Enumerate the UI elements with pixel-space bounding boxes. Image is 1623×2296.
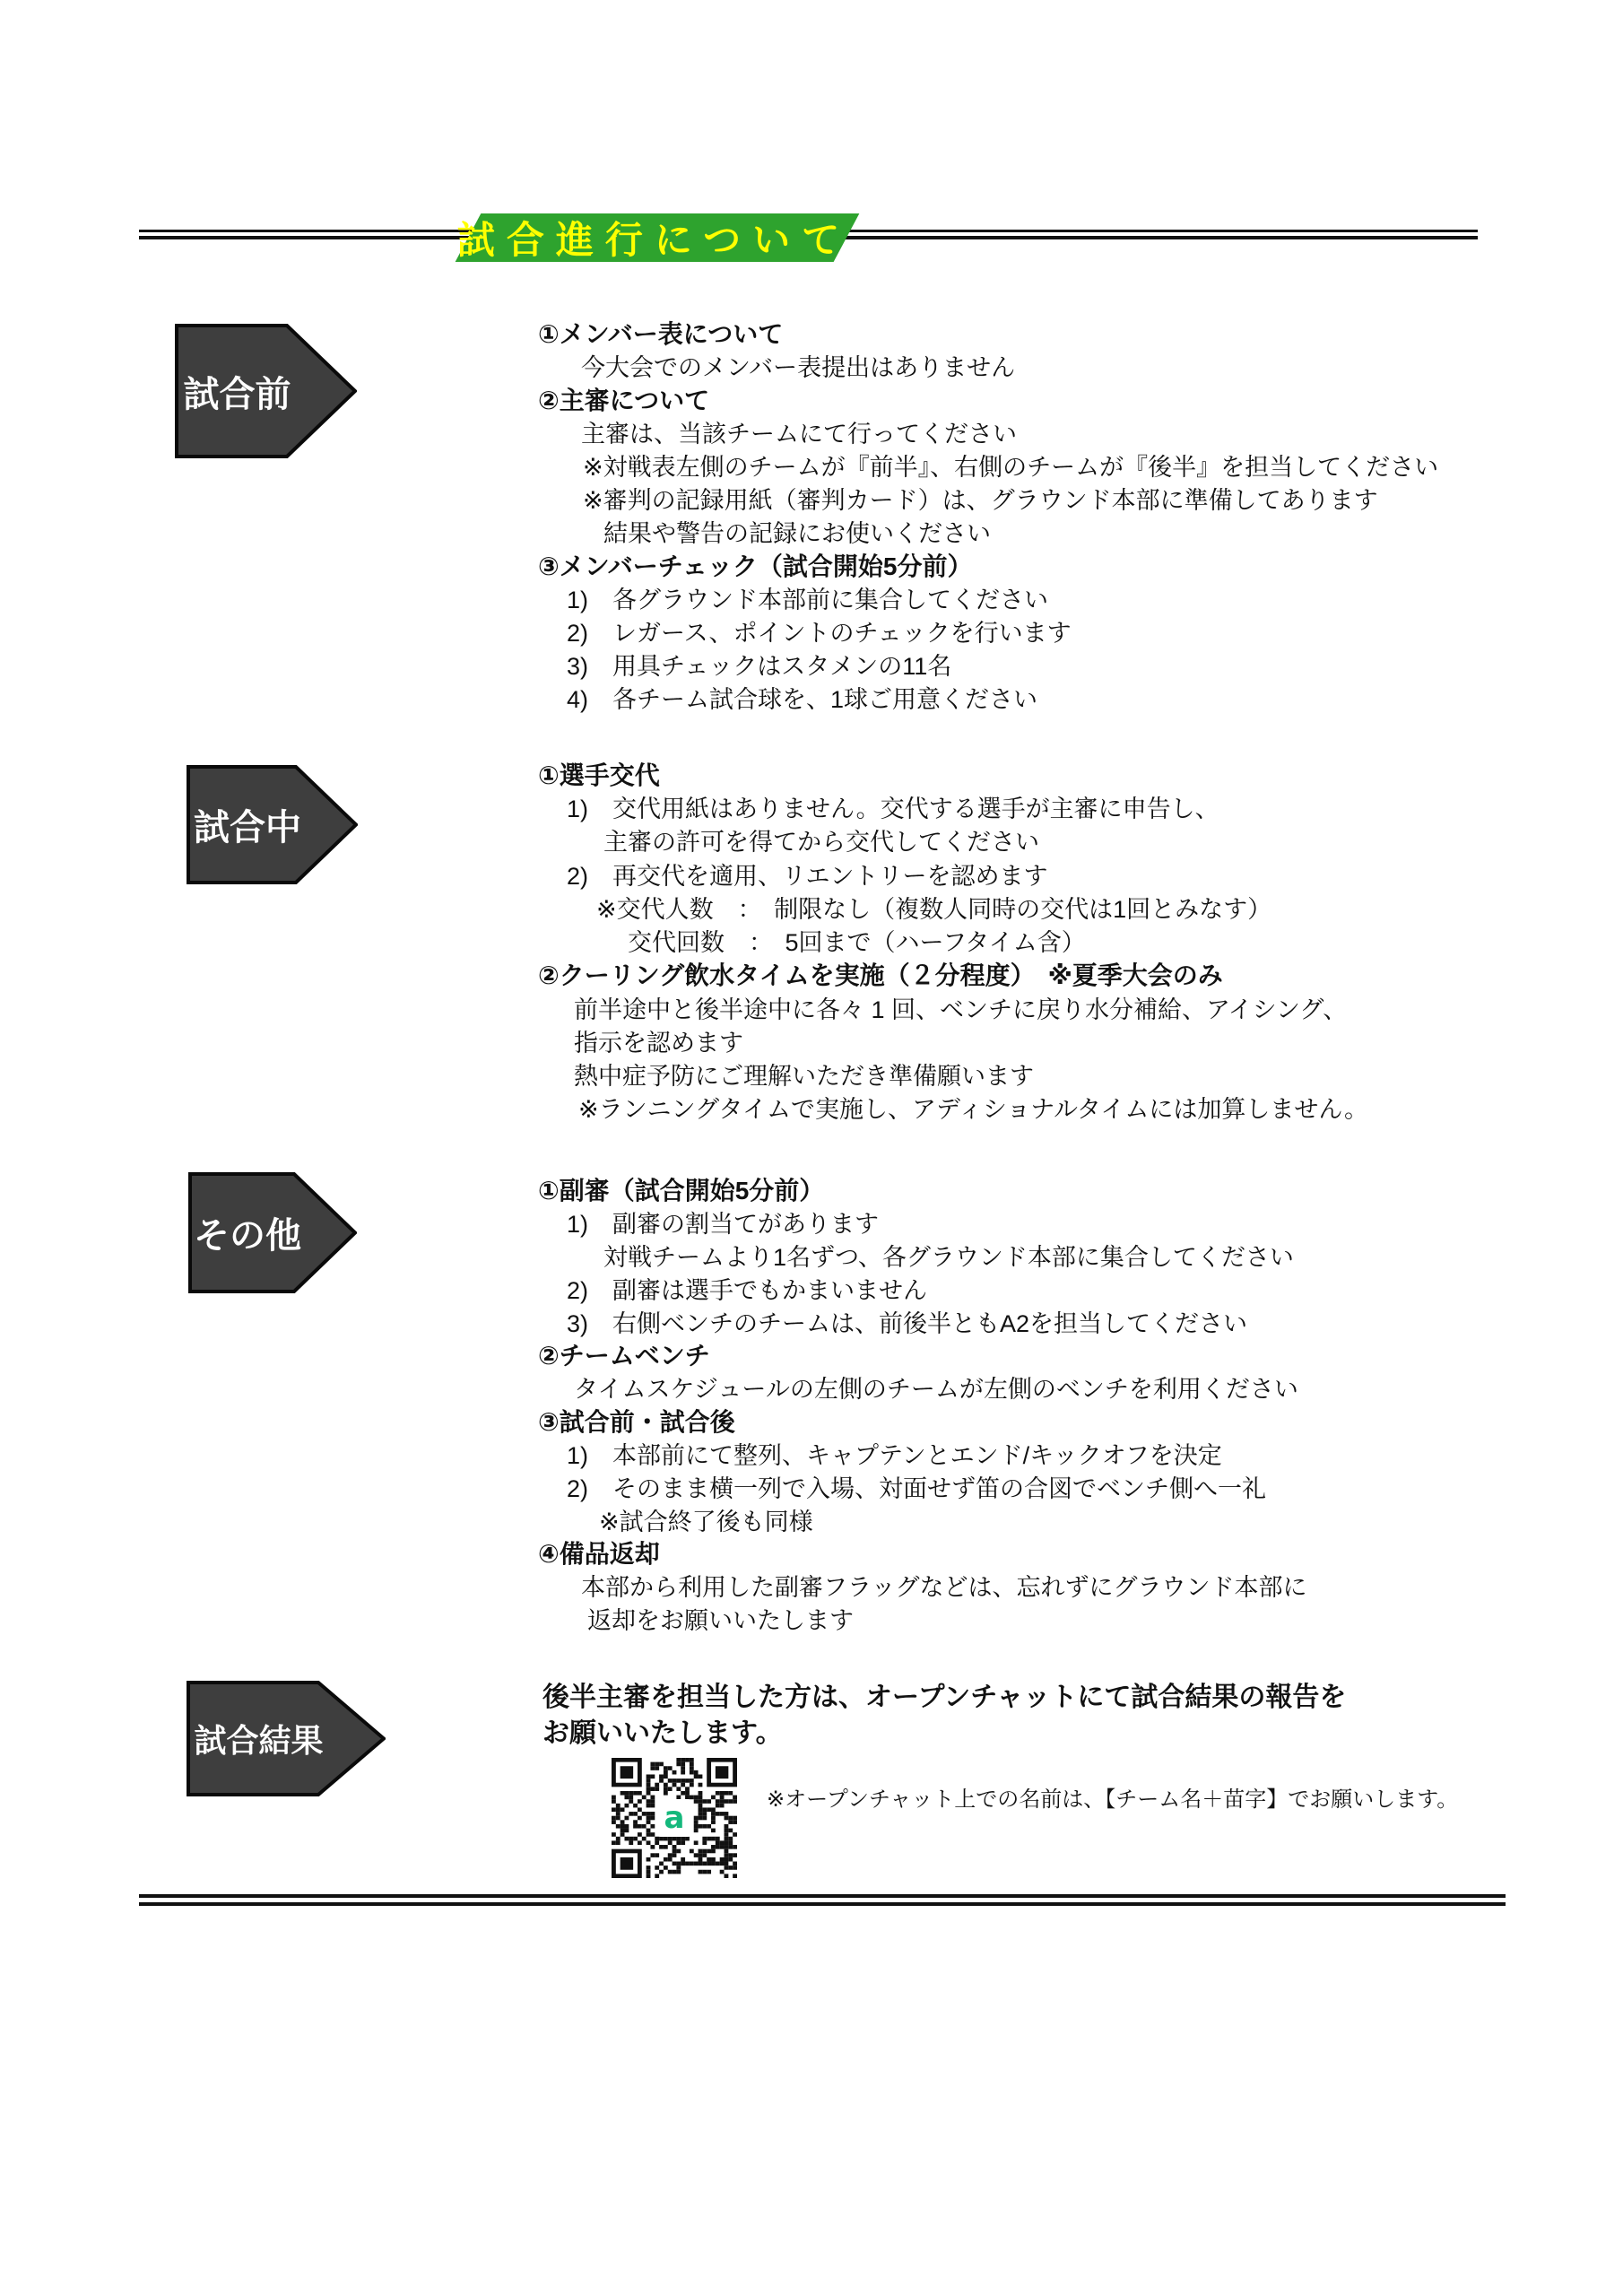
text-line: ※ランニングタイムで実施し、アディショナルタイムには加算しません。 [578, 1092, 1368, 1126]
text-line: 今大会でのメンバー表提出はありません [581, 351, 1015, 385]
bottom-rule-lower [139, 1902, 1506, 1906]
text-line: 4) 各チーム試合球を、1球ご用意ください [567, 683, 1037, 717]
text-line: 2) 副審は選手でもかまいません [567, 1274, 927, 1308]
section-arrow-in-match: 試合中 [187, 765, 358, 884]
bottom-rule-upper [139, 1894, 1506, 1898]
text-line: タイムスケジュールの左側のチームが左側のベンチを利用ください [574, 1372, 1298, 1406]
text-line: 前半途中と後半途中に各々 1 回、ベンチに戻り水分補給、アイシング、 [574, 993, 1347, 1027]
heading-line: ③試合前・試合後 [538, 1405, 735, 1439]
text-line: 主審は、当該チームにて行ってください [581, 417, 1017, 451]
section-arrow-other: その他 [188, 1172, 357, 1293]
text-line: 対戦チームより1名ずつ、各グラウンド本部に集合してください [603, 1240, 1294, 1274]
heading-line: ③メンバーチェック（試合開始5分前） [538, 550, 972, 584]
heading-line: ①メンバー表について [538, 317, 783, 352]
text-line: 交代回数 ： 5回まで（ハーフタイム含） [628, 926, 1086, 960]
section-arrow-label: 試合前 [175, 324, 299, 458]
text-line: ※対戦表左側のチームが『前半』、右側のチームが『後半』を担当してください [583, 450, 1438, 484]
text-line: 3) 右側ベンチのチームは、前後半ともA2を担当してください [567, 1307, 1247, 1341]
heading-line: ④備品返却 [538, 1537, 660, 1571]
text-line: 2) そのまま横一列で入場、対面せず笛の合図でベンチ側へ一礼 [567, 1472, 1266, 1506]
heading-line: ②クーリング飲水タイムを実施（２分程度） ※夏季大会のみ [538, 959, 1223, 993]
text-line: 主審の許可を得てから交代してください [603, 825, 1039, 859]
heading-line: ②主審について [538, 384, 709, 418]
heading-line: お願いいたします。 [542, 1717, 783, 1751]
text-line: 結果や警告の記録にお使いください [603, 517, 991, 551]
text-line: 2) レガース、ポイントのチェックを行います [567, 616, 1072, 650]
text-line: 1) 各グラウンド本部前に集合してください [567, 583, 1048, 617]
heading-line: ①選手交代 [538, 759, 660, 793]
text-line: 1) 本部前にて整列、キャプテンとエンド/キックオフを決定 [567, 1439, 1222, 1473]
text-line: ※審判の記録用紙（審判カード）は、グラウンド本部に準備してあります [583, 483, 1378, 517]
openchat-icon: a [655, 1799, 693, 1837]
text-line: ※試合終了後も同様 [599, 1505, 813, 1539]
qr-code: a [612, 1758, 737, 1878]
heading-line: ①副審（試合開始5分前） [538, 1174, 824, 1208]
text-line: 指示を認めます [574, 1026, 743, 1060]
text-line: 1) 副審の割当てがあります [567, 1207, 879, 1241]
text-line: 本部から利用した副審フラッグなどは、忘れずにグラウンド本部に [581, 1570, 1306, 1605]
section-arrow-label: 試合中 [187, 765, 308, 884]
section-arrow-label: 試合結果 [187, 1681, 331, 1796]
text-line: ※交代人数 ： 制限なし（複数人同時の交代は1回とみなす） [596, 892, 1271, 926]
text-line: 熱中症予防にご理解いただき準備願います [574, 1059, 1034, 1093]
document-page: 試合進行について 試合前 試合中 その他 試合結果 ①メンバー表について今大会で… [0, 0, 1623, 2296]
heading-line: 後半主審を担当した方は、オープンチャットにて試合結果の報告を [542, 1681, 1346, 1715]
section-arrow-match-result: 試合結果 [187, 1681, 386, 1796]
text-line: 1) 交代用紙はありません。交代する選手が主審に申告し、 [567, 792, 1219, 826]
openchat-icon-glyph: a [664, 1803, 685, 1833]
text-line: ※オープンチャット上での名前は、【チーム名＋苗字】でお願いします。 [767, 1783, 1458, 1817]
section-arrow-label: その他 [188, 1172, 307, 1293]
text-line: 2) 再交代を適用、リエントリーを認めます [567, 859, 1047, 893]
heading-line: ②チームベンチ [538, 1339, 710, 1373]
text-line: 返却をお願いいたします [587, 1604, 854, 1638]
text-line: 3) 用具チェックはスタメンの11名 [567, 649, 951, 683]
section-arrow-pre-match: 試合前 [175, 324, 357, 458]
page-title: 試合進行について [439, 213, 857, 262]
